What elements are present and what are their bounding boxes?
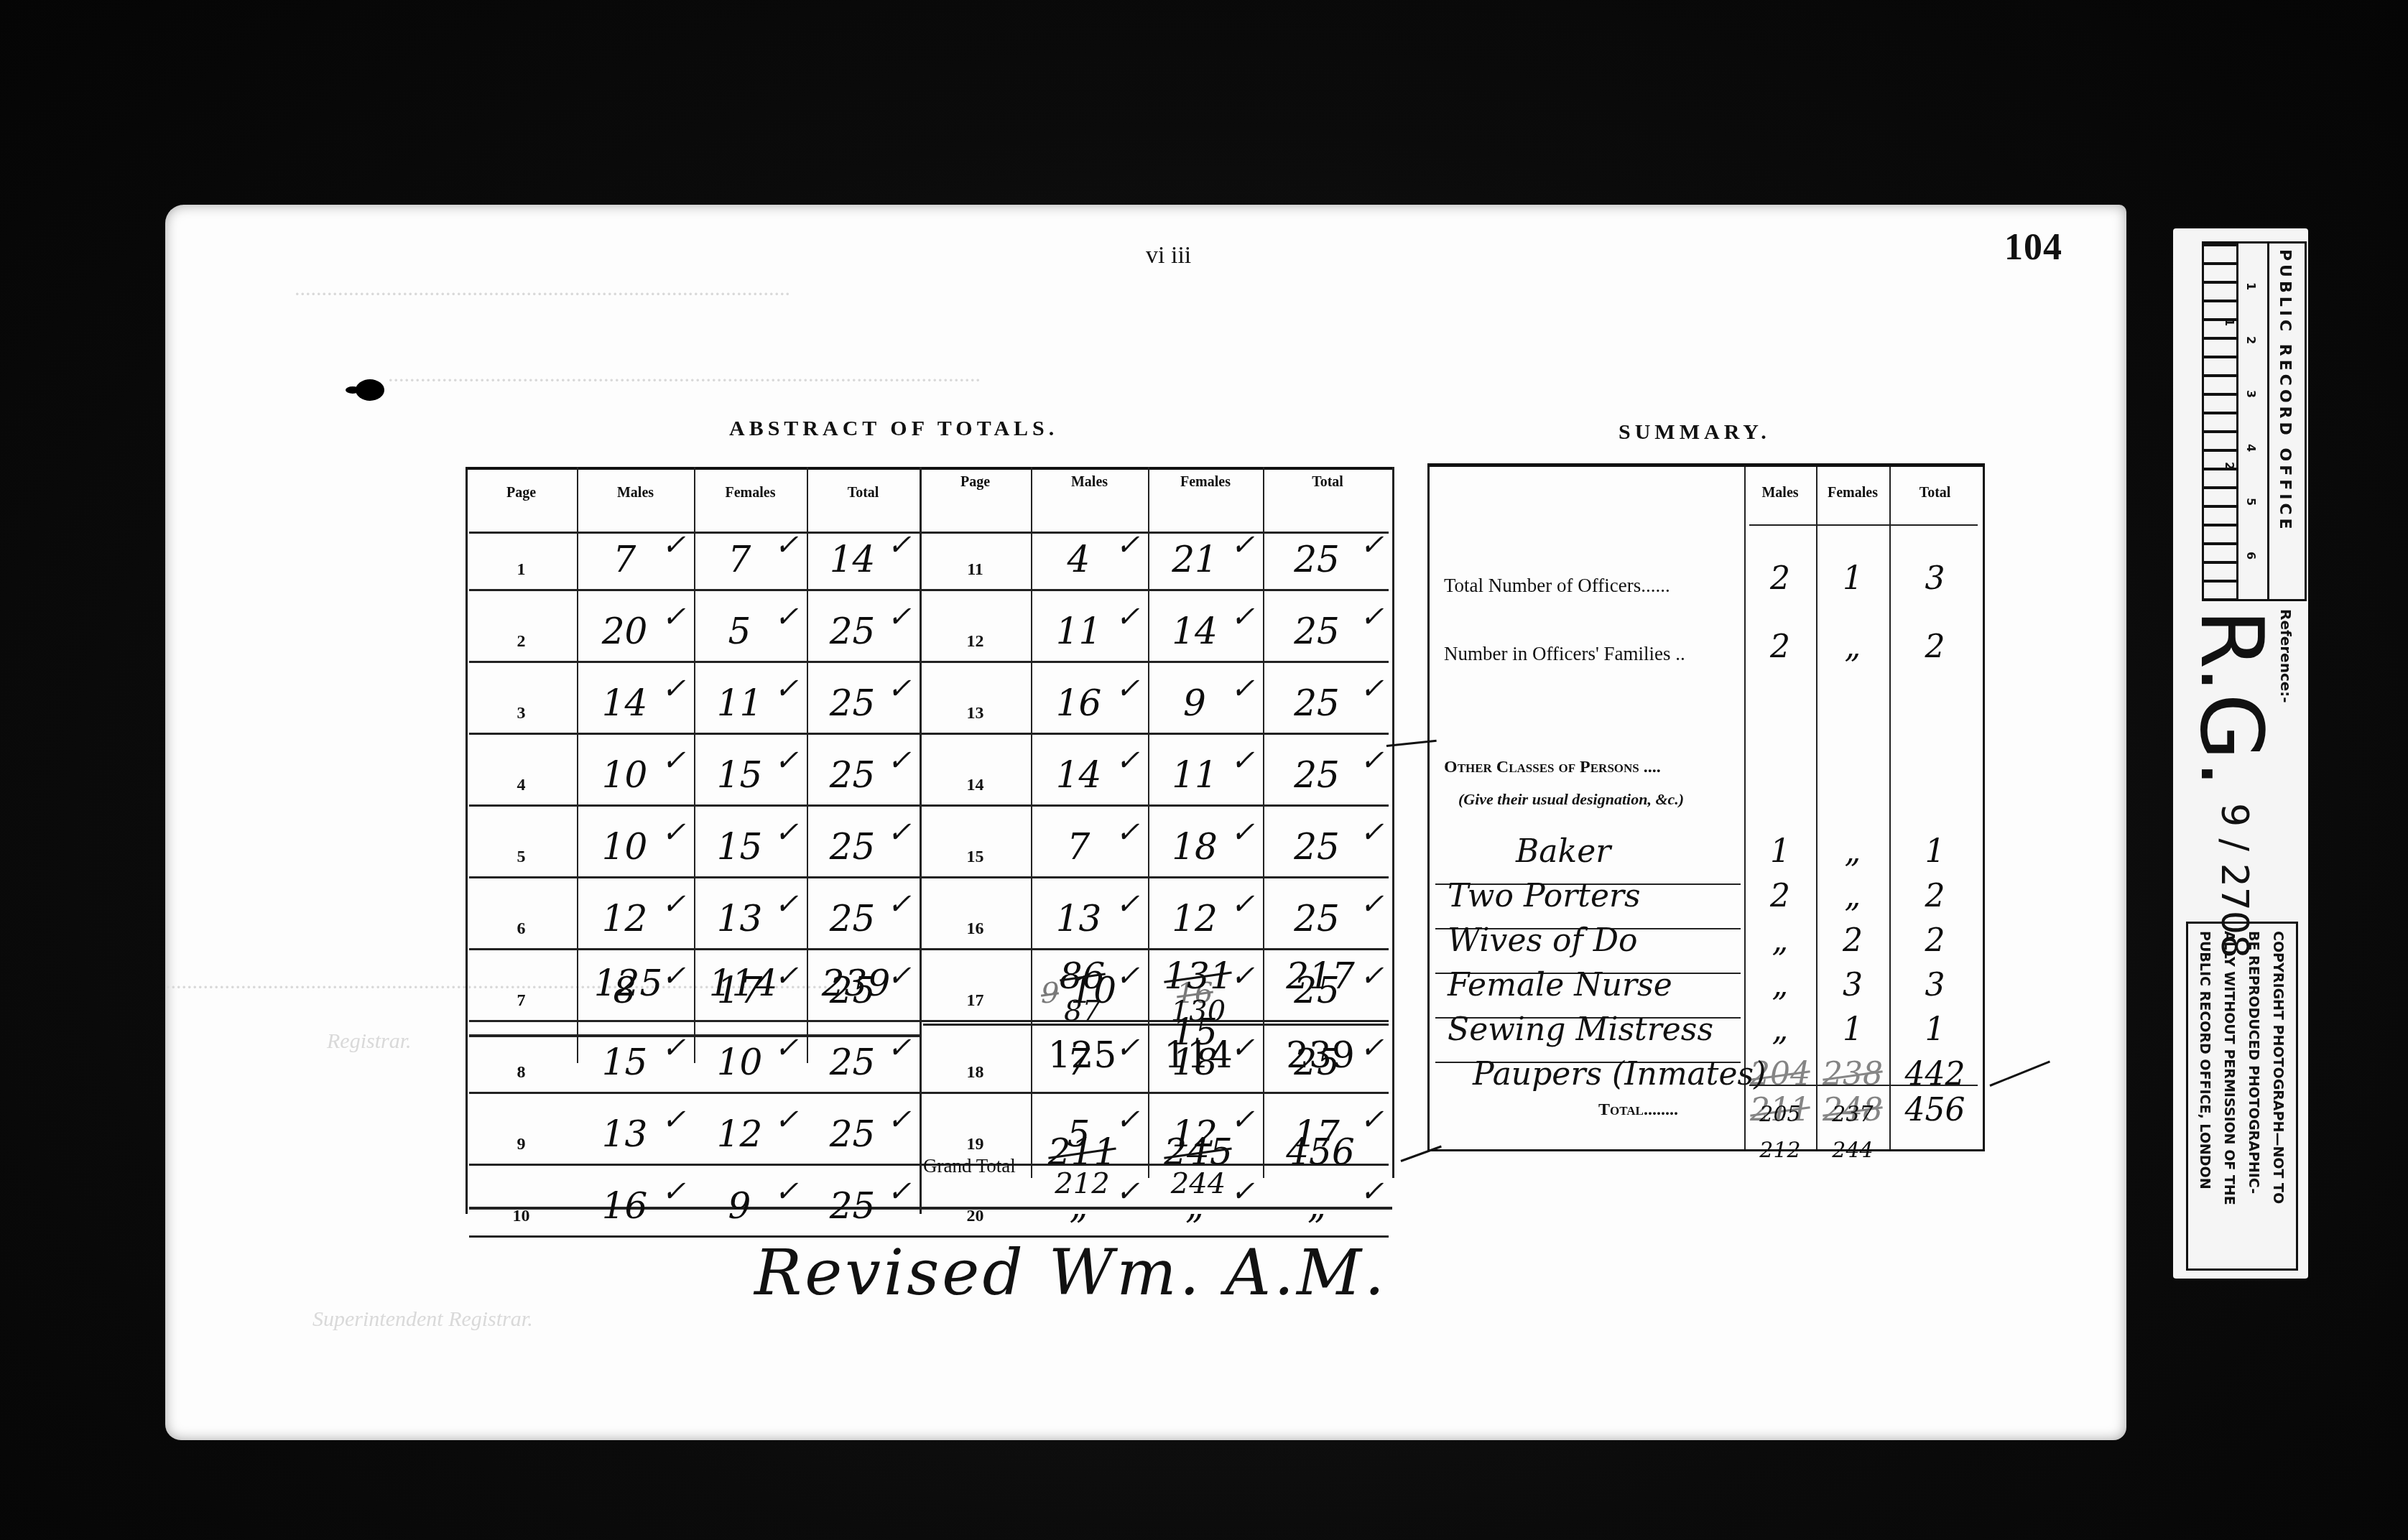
other-class-females: „: [1816, 878, 1889, 914]
left-females-cell: 15: [694, 754, 785, 796]
column-header-females: Females: [694, 485, 807, 501]
row-rule: [469, 876, 1389, 878]
right-males-cell: 7: [1031, 826, 1126, 868]
superintendent-faint-label: Superintendent Registrar.: [312, 1307, 533, 1332]
left-total-cell: 25: [807, 682, 898, 724]
check-mark-icon: ✓: [1231, 887, 1255, 921]
series-code: R.G.: [2187, 609, 2274, 787]
left-males-cell: 14: [577, 682, 672, 724]
folio-number: 104: [2004, 226, 2062, 269]
other-class-females: 3: [1816, 967, 1889, 1003]
right-females-cell: 21: [1148, 539, 1241, 580]
check-mark-icon: ✓: [887, 815, 912, 849]
other-class-total: 2: [1889, 878, 1981, 914]
column-header-males: Males: [1031, 474, 1148, 491]
right-total-cell: „: [1263, 1185, 1371, 1227]
right-females-cell: 12: [1148, 898, 1241, 940]
left-subtotal-total: 239: [807, 962, 905, 1004]
page-number: 18: [920, 1063, 1031, 1082]
left-males-cell: 10: [577, 826, 672, 868]
page-number: 17: [920, 991, 1031, 1011]
page-number: 11: [920, 560, 1031, 580]
carried-forward-total: 239: [1263, 1034, 1378, 1076]
other-class-males: „: [1744, 922, 1816, 959]
check-mark-icon: ✓: [774, 1103, 799, 1136]
check-mark-icon: ✓: [662, 815, 686, 849]
roman-numeral-heading: vi iii: [1146, 242, 1191, 269]
right-total-cell: 25: [1263, 754, 1371, 796]
right-males-cell: 4: [1031, 539, 1126, 580]
check-mark-icon: ✓: [887, 600, 912, 634]
ruler-number: 6: [2244, 552, 2258, 560]
check-mark-icon: ✓: [1116, 815, 1140, 849]
column-header-males: Males: [577, 485, 694, 501]
grand-total-total: 456: [1263, 1131, 1378, 1173]
other-class-designation: Two Porters: [1448, 878, 1641, 914]
other-classes-label: Other Classes of Persons ....: [1444, 758, 1661, 777]
other-class-designation: Female Nurse: [1448, 967, 1672, 1003]
check-mark-icon: ✓: [887, 1174, 912, 1208]
check-mark-icon: ✓: [1116, 600, 1140, 634]
check-mark-icon: ✓: [1116, 887, 1140, 921]
check-mark-icon: ✓: [774, 1031, 799, 1064]
summary-total-label: Total........: [1598, 1100, 1678, 1120]
abstract-of-totals-table: PageMalesFemalesTotalPageMalesFemalesTot…: [466, 467, 1392, 1214]
right-subtotal-correction-males: 87: [1031, 995, 1134, 1028]
other-class-designation: Baker: [1516, 833, 1611, 870]
ruler-number: 4: [2244, 444, 2258, 452]
left-females-cell: 15: [694, 826, 785, 868]
right-females-cell: 14: [1148, 611, 1241, 652]
summary-header-males: Males: [1744, 485, 1816, 501]
check-mark-icon: ✓: [774, 887, 799, 921]
left-females-cell: 9: [694, 1185, 785, 1227]
right-total-cell: 25: [1263, 682, 1371, 724]
other-class-total: 2: [1889, 922, 1981, 959]
measurement-ruler: PUBLIC RECORD OFFICE 12345612: [2202, 241, 2307, 601]
check-mark-icon: ✓: [774, 528, 799, 562]
check-mark-icon: ✓: [662, 1103, 686, 1136]
left-total-cell: 25: [807, 898, 898, 940]
row-rule: [469, 948, 1389, 950]
column-rule: [1392, 467, 1394, 1178]
other-class-designation: Paupers (Inmates): [1473, 1056, 1766, 1093]
left-total-cell: 25: [807, 1113, 898, 1155]
check-mark-icon: ✓: [1360, 1174, 1384, 1208]
summary-males: 2: [1744, 628, 1816, 665]
ruler-inch-mark: 1: [2223, 318, 2236, 326]
check-mark-icon: ✓: [1360, 600, 1384, 634]
check-mark-icon: ✓: [1360, 743, 1384, 777]
reference-ticket: PUBLIC RECORD OFFICE 12345612 R.G. Refer…: [2173, 228, 2308, 1279]
summary-females: 1: [1816, 560, 1889, 597]
copyright-notice: COPYRIGHT PHOTOGRAPH—NOT TO BE REPRODUCE…: [2186, 922, 2298, 1271]
summary-header-females: Females: [1816, 485, 1889, 501]
right-total-cell: 25: [1263, 539, 1371, 580]
other-class-total: 1: [1889, 833, 1981, 870]
left-males-cell: 20: [577, 611, 672, 652]
right-females-cell: 11: [1148, 754, 1241, 796]
left-females-cell: 10: [694, 1042, 785, 1083]
check-mark-icon: ✓: [1116, 743, 1140, 777]
column-header-females: Females: [1148, 474, 1263, 491]
check-mark-icon: ✓: [662, 672, 686, 705]
check-mark-icon: ✓: [774, 672, 799, 705]
summary-grand-total: 456: [1889, 1092, 1981, 1128]
officers-families-label: Number in Officers' Families ..: [1444, 643, 1685, 665]
check-mark-icon: ✓: [662, 1031, 686, 1064]
other-class-designation: Sewing Mistress: [1448, 1011, 1713, 1048]
page-number: 12: [920, 632, 1031, 651]
summary-table: Males Females Total Total Number of Offi…: [1427, 463, 1985, 1151]
summary-males: 2: [1744, 560, 1816, 597]
other-classes-note: (Give their usual designation, &c.): [1458, 790, 1684, 809]
left-females-cell: 12: [694, 1113, 785, 1155]
check-mark-icon: ✓: [662, 887, 686, 921]
right-females-cell: 9: [1148, 682, 1241, 724]
other-class-females: 2: [1816, 922, 1889, 959]
revised-signature: Revised Wm. A.M.: [754, 1235, 1387, 1309]
right-females-cell: 18: [1148, 826, 1241, 868]
left-total-cell: 25: [807, 611, 898, 652]
left-subtotal-males: 125: [577, 962, 680, 1004]
left-males-cell: 16: [577, 1185, 672, 1227]
right-total-cell: 25: [1263, 826, 1371, 868]
right-subtotal-females: 131: [1148, 955, 1249, 997]
check-mark-icon: ✓: [887, 887, 912, 921]
page-number: 13: [920, 704, 1031, 723]
check-mark-icon: ✓: [662, 528, 686, 562]
ruler-inch-mark: 2: [2223, 462, 2236, 470]
right-males-cell: 14: [1031, 754, 1126, 796]
right-males-cell: 13: [1031, 898, 1126, 940]
other-class-males: „: [1744, 967, 1816, 1003]
check-mark-icon: ✓: [774, 1174, 799, 1208]
check-mark-icon: ✓: [1360, 887, 1384, 921]
right-total-cell: 25: [1263, 611, 1371, 652]
check-mark-icon: ✓: [887, 528, 912, 562]
left-males-cell: 12: [577, 898, 672, 940]
grand-total-label: Grand Total: [923, 1155, 1016, 1177]
left-males-cell: 10: [577, 754, 672, 796]
subtotal-rule: [469, 1034, 920, 1037]
ruler-number: 2: [2244, 336, 2258, 344]
check-mark-icon: ✓: [1116, 528, 1140, 562]
summary-females: „: [1816, 628, 1889, 665]
left-females-cell: 11: [694, 682, 785, 724]
column-header-total: Total: [807, 485, 920, 501]
page-number: 10: [466, 1207, 577, 1226]
check-mark-icon: ✓: [1231, 815, 1255, 849]
column-header-total: Total: [1263, 474, 1392, 491]
summary-title: SUMMARY.: [1619, 420, 1771, 445]
left-males-cell: 7: [577, 539, 672, 580]
page-number: 9: [466, 1135, 577, 1154]
check-mark-icon: ✓: [887, 1031, 912, 1064]
page-number: 3: [466, 704, 577, 723]
check-mark-icon: ✓: [1231, 528, 1255, 562]
right-total-cell: 25: [1263, 898, 1371, 940]
page-number: 2: [466, 632, 577, 651]
other-class-males: 1: [1744, 833, 1816, 870]
other-class-females: „: [1816, 833, 1889, 870]
column-header-page: Page: [466, 485, 577, 501]
carried-forward-females: 114: [1148, 1034, 1249, 1076]
row-rule: [469, 661, 1389, 663]
left-females-cell: 7: [694, 539, 785, 580]
check-mark-icon: ✓: [887, 1103, 912, 1136]
left-total-cell: 25: [807, 1185, 898, 1227]
office-name: PUBLIC RECORD OFFICE: [2276, 249, 2294, 533]
left-total-cell: 25: [807, 1042, 898, 1083]
grand-total-correction-females: 244: [1148, 1167, 1249, 1200]
check-mark-icon: ✓: [1360, 528, 1384, 562]
other-class-total: 1: [1889, 1011, 1981, 1048]
ruler-number: 5: [2244, 498, 2258, 506]
page-number: 20: [920, 1207, 1031, 1226]
other-class-designation: Wives of Do: [1448, 922, 1638, 959]
copyright-text: COPYRIGHT PHOTOGRAPH—NOT TO BE REPRODUCE…: [2192, 931, 2290, 1205]
page-number: 6: [466, 919, 577, 939]
left-females-cell: 13: [694, 898, 785, 940]
summary-grand-males: 211 212: [1744, 1092, 1816, 1165]
right-males-cell: 11: [1031, 611, 1126, 652]
right-subtotal-correction-females: 130: [1148, 995, 1249, 1028]
check-mark-icon: ✓: [774, 815, 799, 849]
check-mark-icon: ✓: [1360, 815, 1384, 849]
row-rule: [469, 804, 1389, 807]
summary-total: 3: [1889, 560, 1981, 597]
grand-total-correction-males: 212: [1031, 1167, 1134, 1200]
row-rule: [469, 589, 1389, 591]
page-number: 4: [466, 776, 577, 795]
left-females-cell: 5: [694, 611, 785, 652]
check-mark-icon: ✓: [1231, 672, 1255, 705]
carried-forward-males: 125: [1031, 1034, 1134, 1076]
carried-rule: [923, 1092, 1389, 1094]
check-mark-icon: ✓: [1360, 672, 1384, 705]
left-subtotal-females: 114: [694, 962, 792, 1004]
page-number: 5: [466, 848, 577, 867]
ruler-number: 1: [2244, 282, 2258, 290]
check-mark-icon: ✓: [662, 600, 686, 634]
column-header-page: Page: [920, 474, 1031, 491]
right-subtotal-total: 217: [1263, 955, 1378, 997]
check-mark-icon: ✓: [774, 743, 799, 777]
page-number: 8: [466, 1063, 577, 1082]
row-rule: [469, 733, 1389, 735]
registrar-faint-label: Registrar.: [327, 1029, 412, 1054]
left-males-cell: 15: [577, 1042, 672, 1083]
page-number: 1: [466, 560, 577, 580]
check-mark-icon: ✓: [887, 672, 912, 705]
page-number: 15: [920, 848, 1031, 867]
check-mark-icon: ✓: [1231, 600, 1255, 634]
officers-label: Total Number of Officers......: [1444, 575, 1670, 597]
check-mark-icon: ✓: [662, 743, 686, 777]
page-number: 16: [920, 919, 1031, 939]
summary-header-total: Total: [1889, 485, 1981, 501]
right-subtotal-males: 86: [1031, 955, 1134, 997]
reference-label: Reference:-: [2277, 609, 2294, 703]
show-through-text: ........................................…: [388, 363, 981, 387]
abstract-title: ABSTRACT OF TOTALS.: [729, 417, 1058, 441]
row-rule: [469, 1020, 1389, 1022]
ruler-number: 3: [2244, 390, 2258, 398]
page-number: 14: [920, 776, 1031, 795]
other-class-males: „: [1744, 1011, 1816, 1048]
other-class-total: 442: [1889, 1056, 1981, 1093]
check-mark-icon: ✓: [1116, 672, 1140, 705]
check-mark-icon: ✓: [1231, 743, 1255, 777]
right-males-cell: 16: [1031, 682, 1126, 724]
ink-blot: [356, 379, 384, 401]
other-class-total: 3: [1889, 967, 1981, 1003]
other-class-females: 1: [1816, 1011, 1889, 1048]
other-class-males: 2: [1744, 878, 1816, 914]
page-number: 19: [920, 1135, 1031, 1154]
summary-total: 2: [1889, 628, 1981, 665]
show-through-text: ........................................…: [295, 277, 790, 301]
summary-grand-females: 248 244: [1816, 1092, 1889, 1165]
check-mark-icon: ✓: [774, 600, 799, 634]
check-mark-icon: ✓: [662, 1174, 686, 1208]
left-total-cell: 25: [807, 826, 898, 868]
left-males-cell: 13: [577, 1113, 672, 1155]
check-mark-icon: ✓: [887, 743, 912, 777]
left-total-cell: 25: [807, 754, 898, 796]
left-total-cell: 14: [807, 539, 898, 580]
page-number: 7: [466, 991, 577, 1011]
